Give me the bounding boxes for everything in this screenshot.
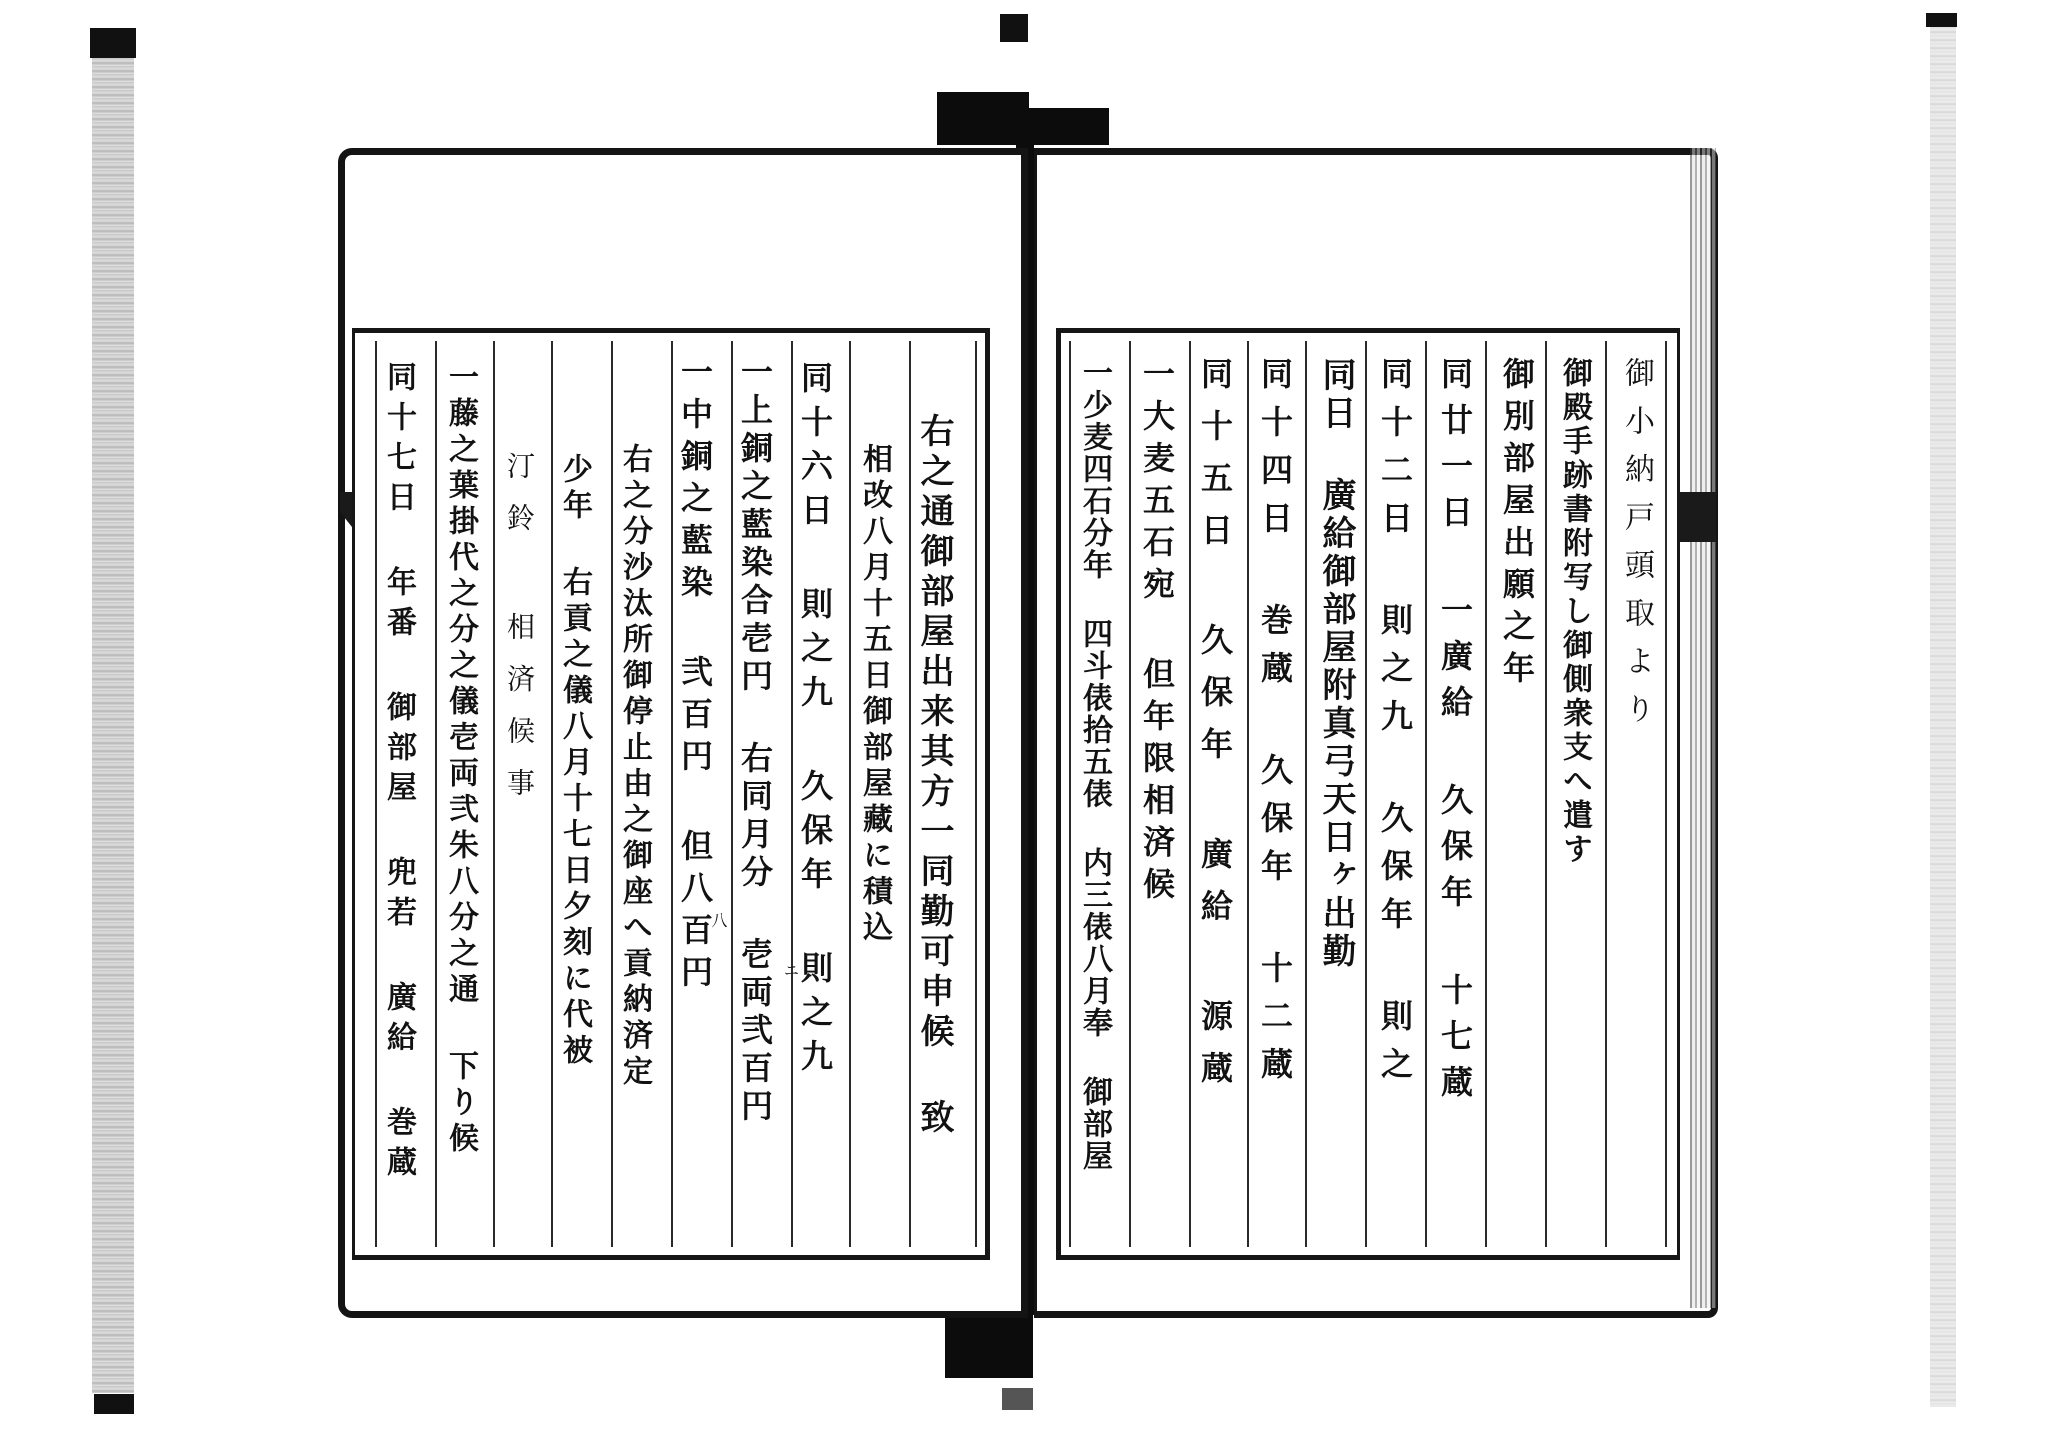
left-col-3: 同十六日 則之九 久保年 則之九 [799,361,831,1083]
right-col-8: 同十五日 久保年 廣給 源蔵 [1199,357,1231,1103]
margin-mark-hachi: 八 [710,912,726,931]
scan-edge-right [1930,27,1956,1407]
right-col-4: 同廿一日 一廣給 久保年 十七蔵 [1439,357,1471,1111]
right-col-3: 御別部屋出願之年 [1501,357,1533,693]
left-col-6: 右之分沙汰所御停止由之御座へ貢納済定 [619,443,649,1091]
scan-mark-top [1000,14,1028,42]
left-col-2: 相改八月十五日御部屋藏に積込 [859,443,889,947]
scan-edge-top-right [1926,13,1957,27]
left-col-10: 同十七日 年番 御部屋 兜若 廣給 巻蔵 [383,361,413,1186]
spine-block-top [937,92,1029,145]
left-col-8: 汀鈴 相済候事 [505,451,533,820]
right-col-9: 一大麦五石宛 但年限相済候 [1141,357,1173,909]
scan-edge-top-left [90,28,136,58]
left-page-ruled-frame: 右之通御部屋出来其方一同勤可申候 致 相改八月十五日御部屋藏に積込 同十六日 則… [352,328,990,1260]
left-col-9: 一藤之葉掛代之分之儀壱両弐朱八分之通 下り候 [445,361,475,1158]
scan-edge-left [92,58,134,1393]
right-col-10: 一少麦四石分年 四斗俵拾五俵 内三俵八月奉 御部屋 [1079,357,1109,1172]
right-page-fore-edge [1690,148,1716,1308]
margin-mark-ni: ニ [782,962,798,981]
right-col-2: 御殿手跡書附写し御側衆支へ遣す [1559,357,1589,867]
right-col-5: 同十二日 則之九 久保年 則之 [1379,357,1411,1095]
scan-edge-bottom-left [94,1394,134,1414]
right-col-1: 御小納戸頭取より [1621,357,1651,741]
scan-mark-bottom [1002,1388,1033,1410]
left-col-7: 少年 右貢之儀八月十七日夕刻に代被 [559,453,589,1070]
left-col-4: 一上銅之藍染合壱円 右同月分 壱両弐百円 [739,355,771,1127]
right-col-6: 同日 廣給御部屋附真弓天日ヶ出勤 [1319,357,1353,971]
spine-block-top-2 [1029,108,1109,145]
right-col-7: 同十四日 巻蔵 久保年 十二蔵 [1259,357,1291,1095]
left-col-5: 一中銅之藍染 弐百円 但八百円 [679,355,711,997]
right-page-ruled-frame: 御小納戸頭取より 御殿手跡書附写し御側衆支へ遣す 御別部屋出願之年 同廿一日 一… [1056,328,1680,1260]
left-col-1: 右之通御部屋出来其方一同勤可申候 致 [917,413,951,1139]
